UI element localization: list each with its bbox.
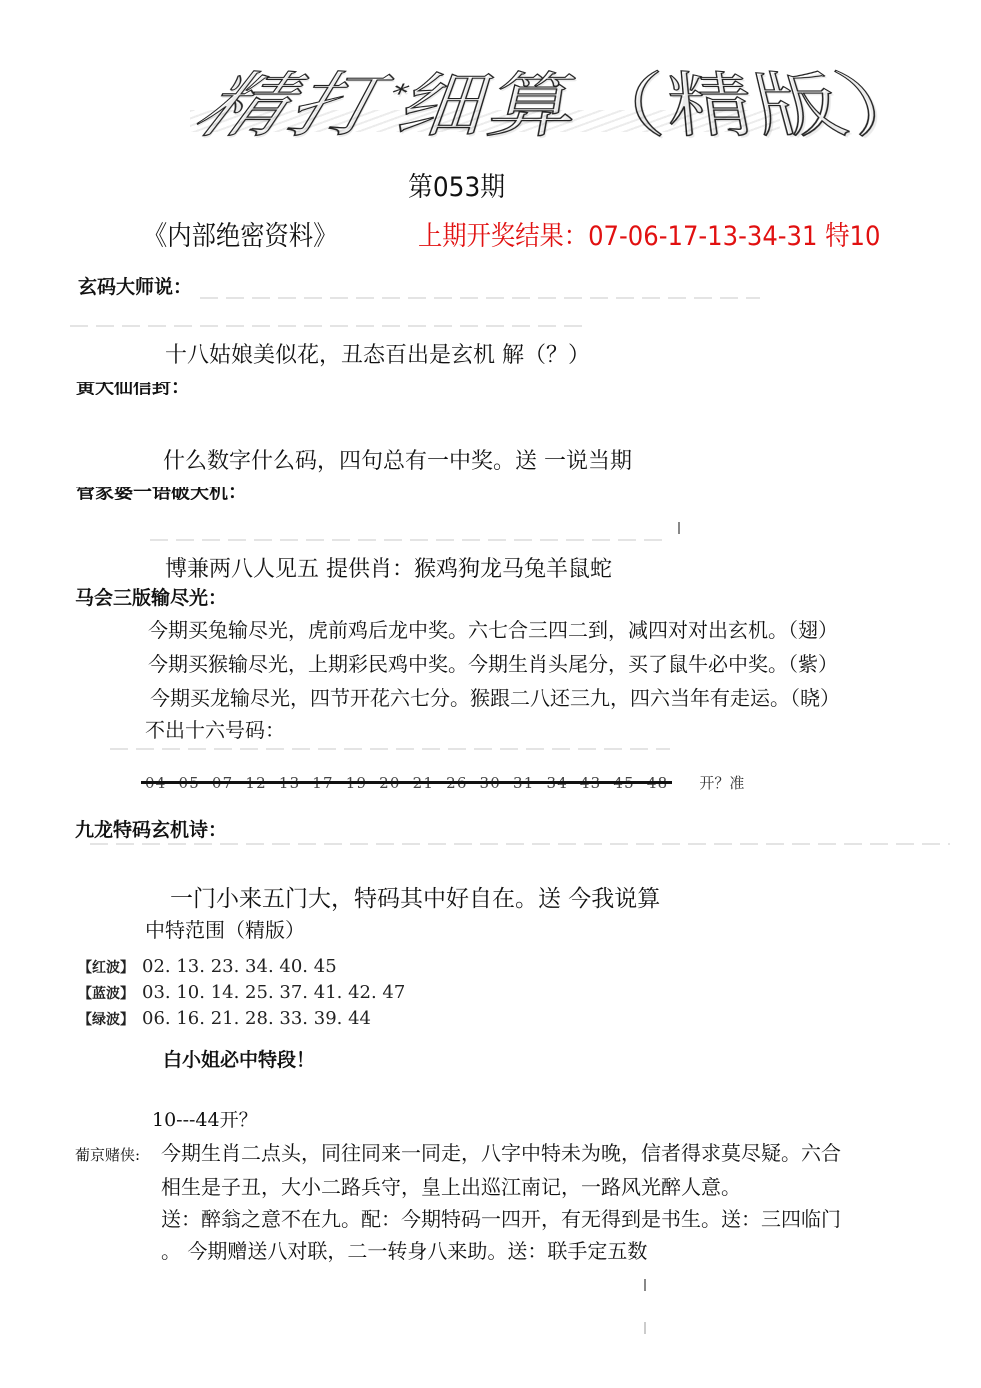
mahui-line: 今期买兔输尽光，虎前鸡后龙中奖。六七合三四二到，减四对对出玄机。（翅）: [148, 614, 838, 643]
pujing-line: 。 今期赠送八对联，二一转身八来助。送：联手定五数: [75, 1235, 975, 1267]
issue-number: 第053期: [408, 165, 505, 204]
heading-text: 黄大仙信封：: [76, 382, 190, 395]
wave-numbers: 06. 16. 21. 28. 33. 39. 44: [142, 1008, 371, 1029]
section-heading-guanjiapo: 管家婆一语破天机：: [76, 487, 247, 500]
heading-text: 管家婆一语破天机：: [76, 487, 247, 500]
bai-range: 10---44开？: [152, 1105, 258, 1132]
scan-artifact: [678, 522, 680, 534]
pujing-paragraph: 葡京赌侠:今期生肖二点头，同往同来一同走，八字中特未为晚，信者得求莫尽疑。六合 …: [75, 1137, 975, 1267]
huangdaxian-poem: 什么数字什么码，四句总有一中奖。送 一说当期: [163, 444, 632, 475]
scan-artifact: [644, 1279, 646, 1291]
wave-row-green: 【绿波】06. 16. 21. 28. 33. 39. 44: [78, 1008, 371, 1029]
jiulong-poem: 一门小来五门大，特码其中好自在。送 今我说算: [170, 880, 660, 913]
title-shadow-decoration: [190, 110, 780, 132]
section-heading-buchu: 不出十六号码：: [145, 714, 285, 743]
excluded-numbers-row: 04 05 07 12 13 17 19 20 21 26 30 31 34 4…: [145, 772, 744, 793]
wave-numbers: 02. 13. 23. 34. 40. 45: [142, 956, 337, 977]
section-heading-jiulong: 九龙特码玄机诗：: [75, 815, 227, 842]
divider: [110, 748, 670, 750]
xuanma-poem: 十八姑娘美似花，丑态百出是玄机 解（？）: [165, 338, 590, 369]
wave-numbers: 03. 10. 14. 25. 37. 41. 42. 47: [142, 982, 405, 1003]
divider: [70, 325, 590, 327]
wave-row-red: 【红波】02. 13. 23. 34. 40. 45: [78, 956, 337, 977]
section-heading-mahui: 马会三版输尽光：: [75, 583, 227, 610]
wave-tag: 【红波】: [78, 960, 134, 976]
excluded-numbers-note: 开？准: [699, 774, 744, 792]
guanjiapo-poem: 博兼两八人见五 提供肖：猴鸡狗龙马兔羊鼠蛇: [165, 552, 612, 583]
divider: [200, 297, 760, 299]
divider: [90, 843, 950, 845]
mahui-line: 今期买猴输尽光，上期彩民鸡中奖。今期生肖头尾分，买了鼠牛必中奖。（紫）: [148, 648, 838, 677]
document-subtitle: 《内部绝密资料》: [143, 214, 337, 253]
pujing-line: 送：醉翁之意不在九。配：今期特码一四开，有无得到是书生。送：三四临门: [75, 1203, 975, 1235]
excluded-numbers: 04 05 07 12 13 17 19 20 21 26 30 31 34 4…: [145, 774, 668, 792]
mahui-line: 今期买龙输尽光，四节开花六七分。猴跟二八还三九，四六当年有走运。（晓）: [150, 682, 840, 711]
section-heading-range: 中特范围（精版）: [145, 914, 305, 943]
pujing-line: 相生是子丑，大小二路兵守，皇上出巡江南记，一路风光醉人意。: [75, 1171, 975, 1203]
scan-artifact: [644, 1322, 646, 1334]
pujing-line: 今期生肖二点头，同往同来一同走，八字中特未为晚，信者得求莫尽疑。六合: [161, 1141, 841, 1165]
section-heading-bai: 白小姐必中特段！: [163, 1045, 315, 1072]
wave-tag: 【绿波】: [78, 1012, 134, 1028]
section-heading-huangdaxian: 黄大仙信封：: [76, 382, 190, 395]
wave-row-blue: 【蓝波】03. 10. 14. 25. 37. 41. 42. 47: [78, 982, 405, 1003]
last-draw-result: 上期开奖结果：07-06-17-13-34-31 特10: [418, 214, 880, 253]
divider: [150, 539, 670, 541]
section-heading-xuanma: 玄码大师说：: [78, 272, 192, 299]
pujing-speaker: 葡京赌侠:: [75, 1139, 161, 1171]
wave-tag: 【蓝波】: [78, 986, 134, 1002]
